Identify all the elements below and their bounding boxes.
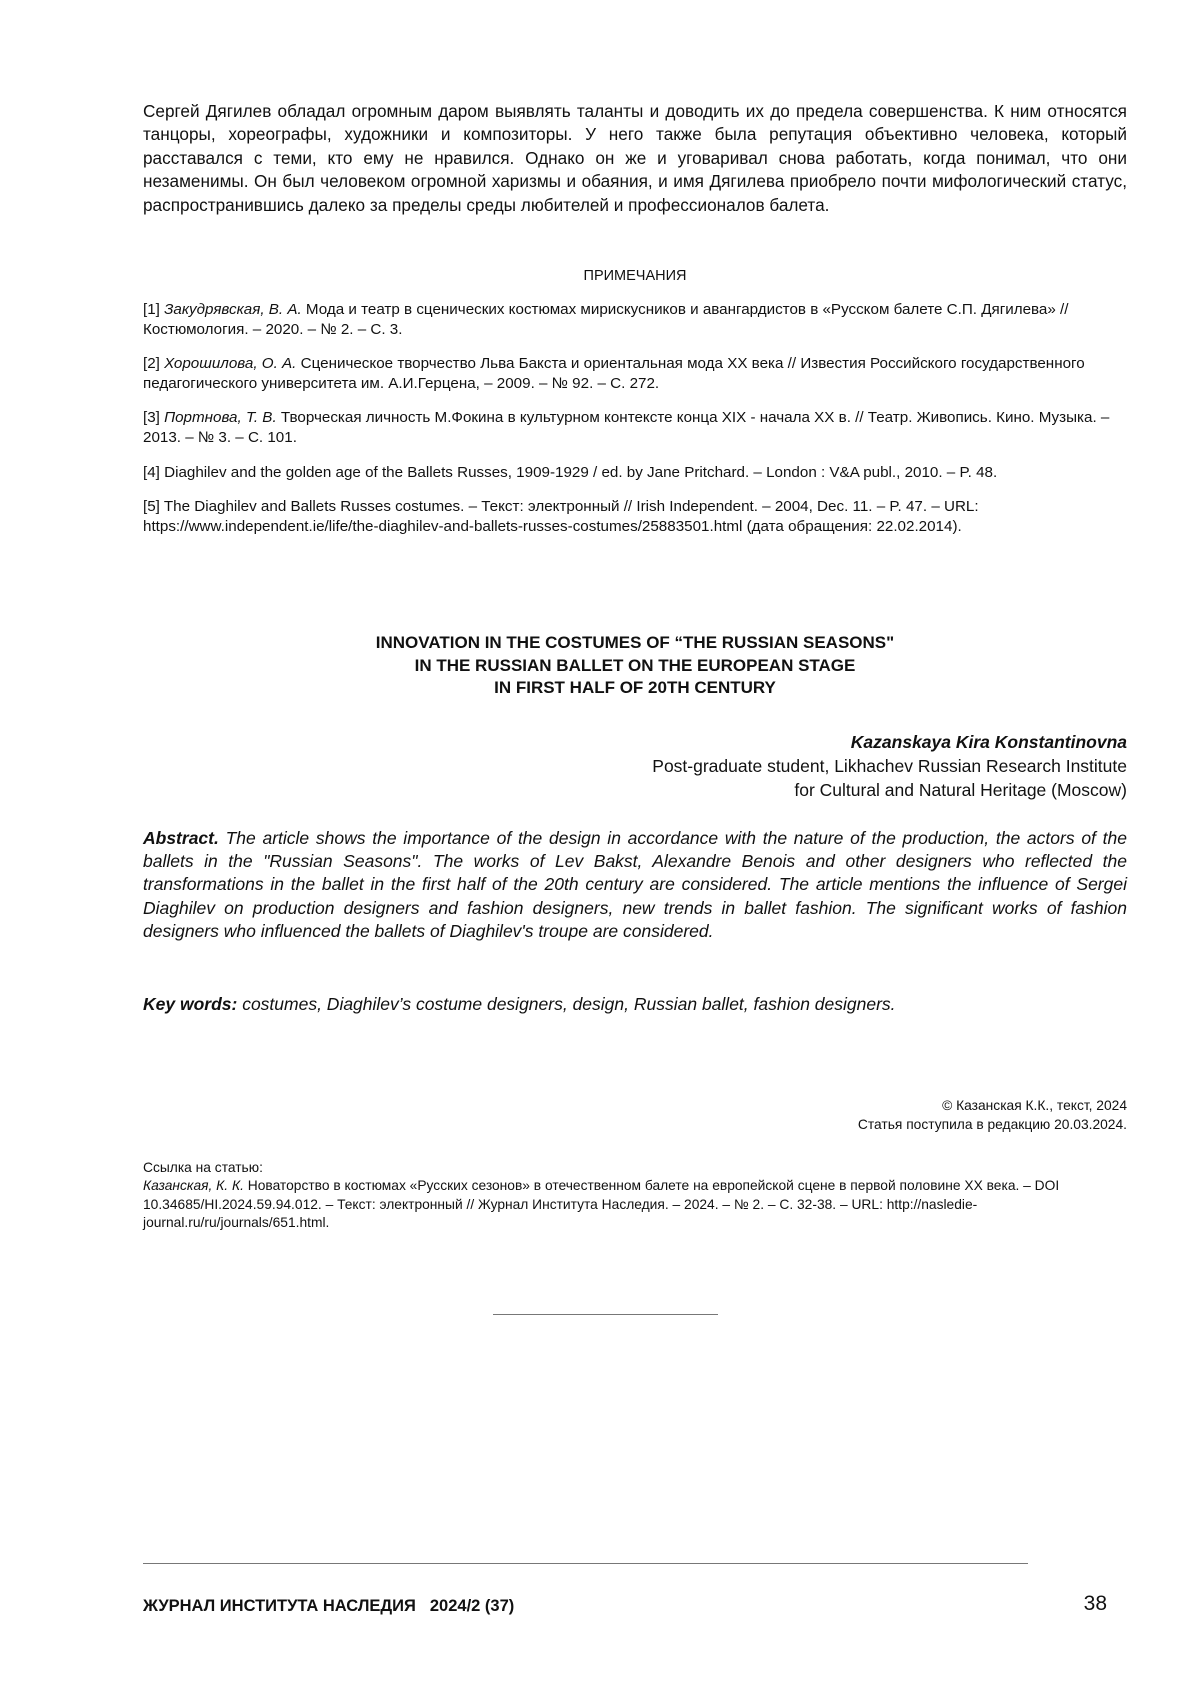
- note-number: [4]: [143, 464, 164, 481]
- note-number: [3]: [143, 409, 164, 426]
- note-text: Diaghilev and the golden age of the Ball…: [164, 464, 997, 481]
- title-line-1: INNOVATION IN THE COSTUMES OF “THE RUSSI…: [376, 633, 894, 652]
- author-block: Kazanskaya Kira Konstantinovna Post-grad…: [652, 730, 1127, 802]
- title-line-2: IN THE RUSSIAN BALLET ON THE EUROPEAN ST…: [415, 656, 856, 675]
- notes-list: [1] Закудрявская, В. А. Мода и театр в с…: [143, 300, 1127, 551]
- note-author: Хорошилова, О. А.: [164, 355, 296, 372]
- note-item: [3] Портнова, Т. В. Творческая личность …: [143, 408, 1127, 447]
- note-item: [4] Diaghilev and the golden age of the …: [143, 463, 1127, 483]
- citation-body: Казанская, К. К. Новаторство в костюмах …: [143, 1177, 1127, 1232]
- footer-journal-name: ЖУРНАЛ ИНСТИТУТА НАСЛЕДИЯ: [143, 1597, 416, 1615]
- received-date-line: Статья поступила в редакцию 20.03.2024.: [858, 1115, 1127, 1134]
- footer-divider: [143, 1563, 1028, 1564]
- note-number: [5]: [143, 498, 164, 515]
- note-text: Творческая личность М.Фокина в культурно…: [143, 409, 1109, 446]
- author-affiliation-line-1: Post-graduate student, Likhachev Russian…: [652, 754, 1127, 778]
- copyright-block: © Казанская К.К., текст, 2024 Статья пос…: [858, 1096, 1127, 1134]
- note-text: The Diaghilev and Ballets Russes costume…: [143, 498, 979, 535]
- citation-text: Новаторство в костюмах «Русских сезонов»…: [143, 1178, 1059, 1230]
- author-name: Kazanskaya Kira Konstantinovna: [652, 730, 1127, 754]
- keywords-text: costumes, Diaghilev’s costume designers,…: [237, 994, 895, 1014]
- keywords: Key words: costumes, Diaghilev’s costume…: [143, 993, 1127, 1016]
- title-line-3: IN FIRST HALF OF 20TH CENTURY: [494, 678, 776, 697]
- note-author: Закудрявская, В. А.: [164, 301, 302, 318]
- copyright-line: © Казанская К.К., текст, 2024: [858, 1096, 1127, 1115]
- page-number: 38: [1084, 1592, 1107, 1616]
- note-number: [1]: [143, 301, 164, 318]
- note-number: [2]: [143, 355, 164, 372]
- abstract: Abstract. The article shows the importan…: [143, 827, 1127, 943]
- note-author: Портнова, Т. В.: [164, 409, 277, 426]
- keywords-label: Key words:: [143, 994, 237, 1014]
- notes-heading: ПРИМЕЧАНИЯ: [143, 268, 1127, 284]
- abstract-label: Abstract.: [143, 828, 219, 848]
- note-item: [5] The Diaghilev and Ballets Russes cos…: [143, 497, 1127, 536]
- citation-label: Ссылка на статью:: [143, 1159, 1127, 1177]
- note-item: [1] Закудрявская, В. А. Мода и театр в с…: [143, 300, 1127, 339]
- citation-author: Казанская, К. К.: [143, 1178, 244, 1193]
- citation-block: Ссылка на статью: Казанская, К. К. Новат…: [143, 1159, 1127, 1232]
- section-divider: [493, 1314, 718, 1315]
- note-item: [2] Хорошилова, О. А. Сценическое творче…: [143, 354, 1127, 393]
- abstract-text: The article shows the importance of the …: [143, 828, 1127, 941]
- body-paragraph: Сергей Дягилев обладал огромным даром вы…: [143, 100, 1127, 217]
- footer-issue: 2024/2 (37): [430, 1597, 514, 1615]
- footer-journal-info: ЖУРНАЛ ИНСТИТУТА НАСЛЕДИЯ2024/2 (37): [143, 1597, 514, 1616]
- author-affiliation-line-2: for Cultural and Natural Heritage (Mosco…: [652, 778, 1127, 802]
- english-article-title: INNOVATION IN THE COSTUMES OF “THE RUSSI…: [143, 632, 1127, 700]
